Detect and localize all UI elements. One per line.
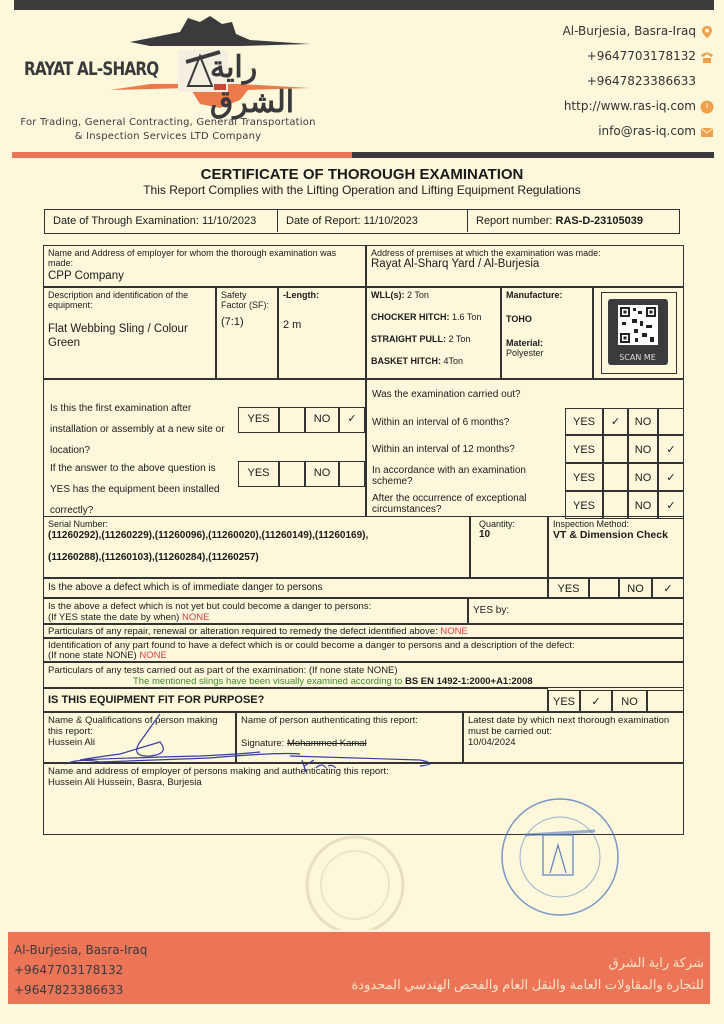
tagline-line-2: & Inspection Services LTD Company [18, 130, 318, 144]
footer-arabic-line-1: شركة راية الشرق [352, 952, 705, 974]
inspection-method-label: Inspection Method: [553, 519, 679, 529]
footer-phone-2: +9647823386633 [14, 980, 147, 1000]
employer-value: CPP Company [48, 270, 361, 282]
qr-frame: SCAN ME [601, 292, 677, 374]
employer-cell: Name and Address of employer for whom th… [43, 245, 366, 287]
defect-identification-value: NONE [139, 650, 166, 661]
premises-label: Address of premises at which the examina… [371, 248, 679, 258]
first-exam-no-checkbox[interactable]: ✓ [339, 407, 365, 433]
installed-no-checkbox[interactable] [339, 461, 365, 487]
question-installed-correctly: If the answer to the above question is Y… [50, 458, 235, 521]
footer-arabic-line-2: للتجارة والمقاولات العامة والنقل العام و… [352, 974, 705, 996]
employer-label: Name and Address of employer for whom th… [48, 248, 361, 268]
company-tagline: For Trading, General Contracting, Genera… [18, 116, 318, 144]
future-danger-hint: (If YES state the date by when) [48, 612, 179, 623]
material-value: Polyester [506, 348, 588, 358]
contact-block: Al-Burjesia, Basra-Iraq +9647703178132 +… [563, 22, 714, 147]
fit-yes-checkbox[interactable]: ✓ [580, 690, 612, 712]
interval-6-months-no-checkbox[interactable] [658, 408, 684, 435]
exceptional-circumstances-yes-label: YES [565, 491, 603, 519]
wll-value: 2 Ton [407, 290, 429, 300]
length-value: 2 m [283, 319, 361, 331]
manufacture-value: TOHO [506, 314, 588, 324]
report-number-value: RAS-D-23105039 [556, 215, 643, 227]
exam-scheme-yes-checkbox[interactable] [603, 463, 628, 491]
divider-orange [12, 152, 352, 158]
footer-bar: Al-Burjesia, Basra-Iraq +9647703178132 +… [8, 932, 710, 1004]
report-date-value: 11/10/2023 [364, 215, 418, 227]
serial-number-line-2: (11260288),(11260103),(11260284),(112602… [48, 552, 465, 563]
envelope-icon [700, 125, 714, 139]
divider-dark [352, 152, 714, 158]
company-stamp-icon [495, 795, 625, 920]
footer-arabic: شركة راية الشرق للتجارة والمقاولات العام… [352, 952, 705, 996]
date-row: Date of Through Examination: 11/10/2023 … [44, 209, 680, 234]
phone-2-text: +9647823386633 [587, 74, 696, 88]
embossed-seal-icon [300, 835, 410, 930]
basket-hitch-label: BASKET HITCH: [371, 356, 441, 366]
report-number-label: Report number: [476, 215, 552, 227]
certificate-title: CERTIFICATE OF THOROUGH EXAMINATION [0, 166, 724, 183]
company-name-ar: راية الشرق [210, 50, 330, 120]
immediate-danger-yes-checkbox[interactable] [589, 578, 619, 598]
length-cell: -Length: 2 m [278, 287, 366, 379]
serial-number-cell: Serial Number: (11260292),(11260229),(11… [43, 516, 470, 578]
interval-12-months-question: Within an interval of 12 months? [372, 444, 515, 455]
defect-identification-hint: (If none state NONE) [48, 650, 137, 661]
company-name-en: RAYAT AL-SHARQ [24, 58, 158, 80]
serial-number-label: Serial Number: [48, 519, 465, 529]
installed-yes-label: YES [238, 461, 279, 487]
exam-date-value: 11/10/2023 [202, 215, 256, 227]
tests-standard: BS EN 1492-1:2000+A1:2008 [405, 676, 533, 687]
exam-scheme-no-label: NO [628, 463, 658, 491]
straight-pull-label: STRAIGHT PULL: [371, 334, 446, 344]
equipment-description-cell: Description and identification of the eq… [43, 287, 216, 379]
fit-for-purpose-label: IS THIS EQUIPMENT FIT FOR PURPOSE? [48, 694, 264, 706]
tagline-line-1: For Trading, General Contracting, Genera… [18, 116, 318, 130]
quantity-value: 10 [479, 529, 543, 540]
qr-cell: SCAN ME [593, 287, 684, 379]
qr-code[interactable]: SCAN ME [608, 299, 668, 365]
immediate-danger-yes-label: YES [548, 578, 589, 598]
interval-6-months-yes-checkbox[interactable]: ✓ [603, 408, 628, 435]
interval-6-months-yes-label: YES [565, 408, 603, 435]
interval-12-months-no-label: NO [628, 435, 658, 463]
yes-by-cell: YES by: [468, 598, 684, 624]
premises-value: Rayat Al-Sharq Yard / Al-Burjesia [371, 258, 679, 270]
quantity-cell: Quantity: 10 [470, 516, 548, 578]
top-bar [14, 0, 714, 10]
quantity-label: Quantity: [479, 519, 543, 529]
safety-factor-label: Safety Factor (SF): [221, 290, 273, 310]
immediate-danger-no-checkbox[interactable]: ✓ [652, 578, 684, 598]
basket-hitch-value: 4Ton [444, 356, 464, 366]
inspection-method-cell: Inspection Method: VT & Dimension Check [548, 516, 684, 578]
choker-hitch-value: 1.6 Ton [452, 312, 481, 322]
tests-cell: Particulars of any tests carried out as … [43, 662, 684, 688]
first-exam-no-label: NO [305, 407, 339, 433]
exceptional-circumstances-yes-checkbox[interactable] [603, 491, 628, 519]
exam-scheme-question: In accordance with an examination scheme… [372, 465, 562, 487]
telephone-icon [700, 50, 714, 64]
fit-no-checkbox[interactable] [647, 690, 684, 712]
interval-6-months-question: Within an interval of 6 months? [372, 417, 509, 428]
exam-date-cell: Date of Through Examination: 11/10/2023 [45, 210, 278, 232]
report-number-cell: Report number: RAS-D-23105039 [468, 210, 678, 232]
defect-identification-cell: Identification of any part found to have… [43, 638, 684, 662]
inspection-method-value: VT & Dimension Check [553, 529, 679, 541]
repair-cell: Particulars of any repair, renewal or al… [43, 624, 684, 638]
footer-phone-1: +9647703178132 [14, 960, 147, 980]
fit-for-purpose-cell: IS THIS EQUIPMENT FIT FOR PURPOSE? [43, 688, 548, 712]
email-link[interactable]: info@ras-iq.com [598, 124, 696, 138]
immediate-danger-cell: Is the above a defect which is of immedi… [43, 578, 548, 598]
premises-cell: Address of premises at which the examina… [366, 245, 684, 287]
future-danger-label: Is the above a defect which is not yet b… [48, 601, 463, 612]
straight-pull-value: 2 Ton [449, 334, 471, 344]
exam-carried-out-heading: Was the examination carried out? [372, 389, 521, 400]
manufacture-cell: Manufacture: TOHO Material: Polyester [501, 287, 593, 379]
future-danger-value: NONE [182, 612, 209, 623]
qr-pattern-icon [608, 299, 668, 351]
repair-value: NONE [440, 626, 467, 637]
interval-12-months-yes-checkbox[interactable] [603, 435, 628, 463]
company-logo: RAYAT AL-SHARQ راية الشرق [10, 12, 330, 112]
choker-hitch-label: CHOCKER HITCH: [371, 312, 450, 322]
installed-yes-checkbox[interactable] [279, 461, 305, 487]
tests-label: Particulars of any tests carried out as … [48, 665, 679, 676]
future-danger-cell: Is the above a defect which is not yet b… [43, 598, 468, 624]
interval-6-months-no-label: NO [628, 408, 658, 435]
fit-no-label: NO [612, 690, 647, 712]
globe-icon [700, 100, 714, 114]
tests-value: The mentioned slings have been visually … [133, 676, 402, 687]
first-exam-yes-checkbox[interactable] [279, 407, 305, 433]
exam-date-label: Date of Through Examination: [53, 215, 199, 227]
next-exam-label: Latest date by which next thorough exami… [468, 715, 679, 737]
first-exam-yes-label: YES [238, 407, 279, 433]
installed-no-label: NO [305, 461, 339, 487]
footer-address: Al-Burjesia, Basra-Iraq [14, 940, 147, 960]
website-link[interactable]: http://www.ras-iq.com [564, 99, 696, 113]
exam-scheme-yes-label: YES [565, 463, 603, 491]
footer-contact: Al-Burjesia, Basra-Iraq +9647703178132 +… [14, 940, 147, 1000]
certificate-subtitle: This Report Complies with the Lifting Op… [0, 183, 724, 197]
immediate-danger-label: Is the above a defect which is of immedi… [48, 582, 323, 593]
location-pin-icon [700, 25, 714, 39]
exceptional-circumstances-no-checkbox[interactable]: ✓ [658, 491, 684, 519]
repair-label: Particulars of any repair, renewal or al… [48, 626, 438, 637]
manufacture-label: Manufacture: [506, 290, 588, 300]
interval-12-months-no-checkbox[interactable]: ✓ [658, 435, 684, 463]
report-date-cell: Date of Report: 11/10/2023 [278, 210, 468, 232]
question-first-exam: Is this the first examination after inst… [50, 398, 235, 461]
serial-number-line-1: (11260292),(11260229),(11260096),(112600… [48, 530, 465, 541]
employer-of-persons-value: Hussein Ali Hussein, Basra, Burjesia [48, 777, 679, 788]
scan-me-label: SCAN ME [608, 353, 668, 362]
equipment-description-label: Description and identification of the eq… [48, 290, 211, 310]
material-label: Material: [506, 338, 588, 348]
exam-scheme-no-checkbox[interactable]: ✓ [658, 463, 684, 491]
exceptional-circumstances-no-label: NO [628, 491, 658, 519]
employer-of-persons-label: Name and address of employer of persons … [48, 766, 679, 777]
next-exam-cell: Latest date by which next thorough exami… [463, 712, 684, 763]
interval-12-months-yes-label: YES [565, 435, 603, 463]
fit-yes-label: YES [548, 690, 580, 712]
safety-factor-cell: Safety Factor (SF): (7:1) [216, 287, 278, 379]
address-text: Al-Burjesia, Basra-Iraq [563, 24, 696, 38]
equipment-description-value: Flat Webbing Sling / Colour Green [48, 322, 211, 350]
safety-factor-value: (7:1) [221, 316, 273, 328]
report-date-label: Date of Report: [286, 215, 361, 227]
wll-cell: WLL(s): 2 Ton CHOCKER HITCH: 1.6 Ton STR… [366, 287, 501, 379]
length-label: -Length: [283, 290, 361, 300]
exceptional-circumstances-question: After the occurrence of exceptional circ… [372, 493, 562, 515]
immediate-danger-no-label: NO [619, 578, 652, 598]
yes-by-label: YES by: [473, 605, 509, 616]
next-exam-value: 10/04/2024 [468, 737, 679, 748]
phone-1-text: +9647703178132 [587, 49, 696, 63]
wll-label: WLL(s): [371, 290, 405, 300]
